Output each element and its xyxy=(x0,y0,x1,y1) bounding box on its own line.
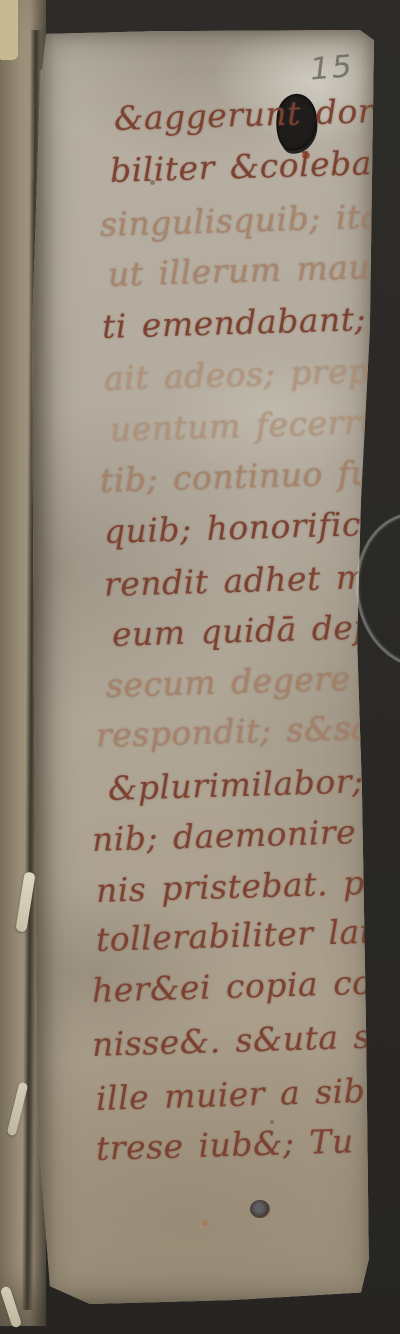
manuscript-line: her&ei copia conse xyxy=(92,964,374,1007)
manuscript-line: trese iub&; Tu me xyxy=(96,1122,374,1165)
manuscript-line: nisse&. s&uta se et xyxy=(92,1018,374,1061)
manuscript-line: quib; honorifice xyxy=(104,507,374,548)
manuscript-line: &aggerunt dor xyxy=(114,94,374,135)
manuscript-line: ille muier a sib xyxy=(96,1074,366,1115)
manuscript-line: singulisquib; ita acc xyxy=(100,198,374,241)
manuscript-line: uentum fecerru xyxy=(110,405,374,446)
manuscript-line: &plurimilabor; so xyxy=(108,763,374,805)
manuscript-line: respondit; s&sa gra xyxy=(96,709,374,752)
manuscript-line: eum quidā defecti xyxy=(112,609,374,651)
manuscript-photo: 15 &aggerunt dor biliter &colebat; singu… xyxy=(0,0,400,1334)
speck xyxy=(270,1120,274,1124)
folio-number: 15 xyxy=(307,48,356,88)
speck xyxy=(150,180,155,185)
ink-dot xyxy=(202,1220,208,1226)
manuscript-line: rendit adhet m xyxy=(104,560,368,601)
manuscript-line: ut illerum mauer xyxy=(108,249,374,291)
spine-tab xyxy=(0,0,18,60)
manuscript-line: ait adeos; prepas xyxy=(104,353,374,395)
manuscript-line: tib; continuo fu xyxy=(100,456,373,497)
manuscript-line: tollerabiliter latur xyxy=(96,914,374,956)
manuscript-line: secum degere xyxy=(106,662,351,702)
manuscript-line: nis pristebat. p mn xyxy=(96,864,374,907)
parchment-page: 15 &aggerunt dor biliter &colebat; singu… xyxy=(30,30,374,1304)
manuscript-line: nib; daemonire o co xyxy=(92,813,374,856)
manuscript-line: ti emendabant; xyxy=(102,302,367,343)
ink-stain xyxy=(250,1200,270,1218)
